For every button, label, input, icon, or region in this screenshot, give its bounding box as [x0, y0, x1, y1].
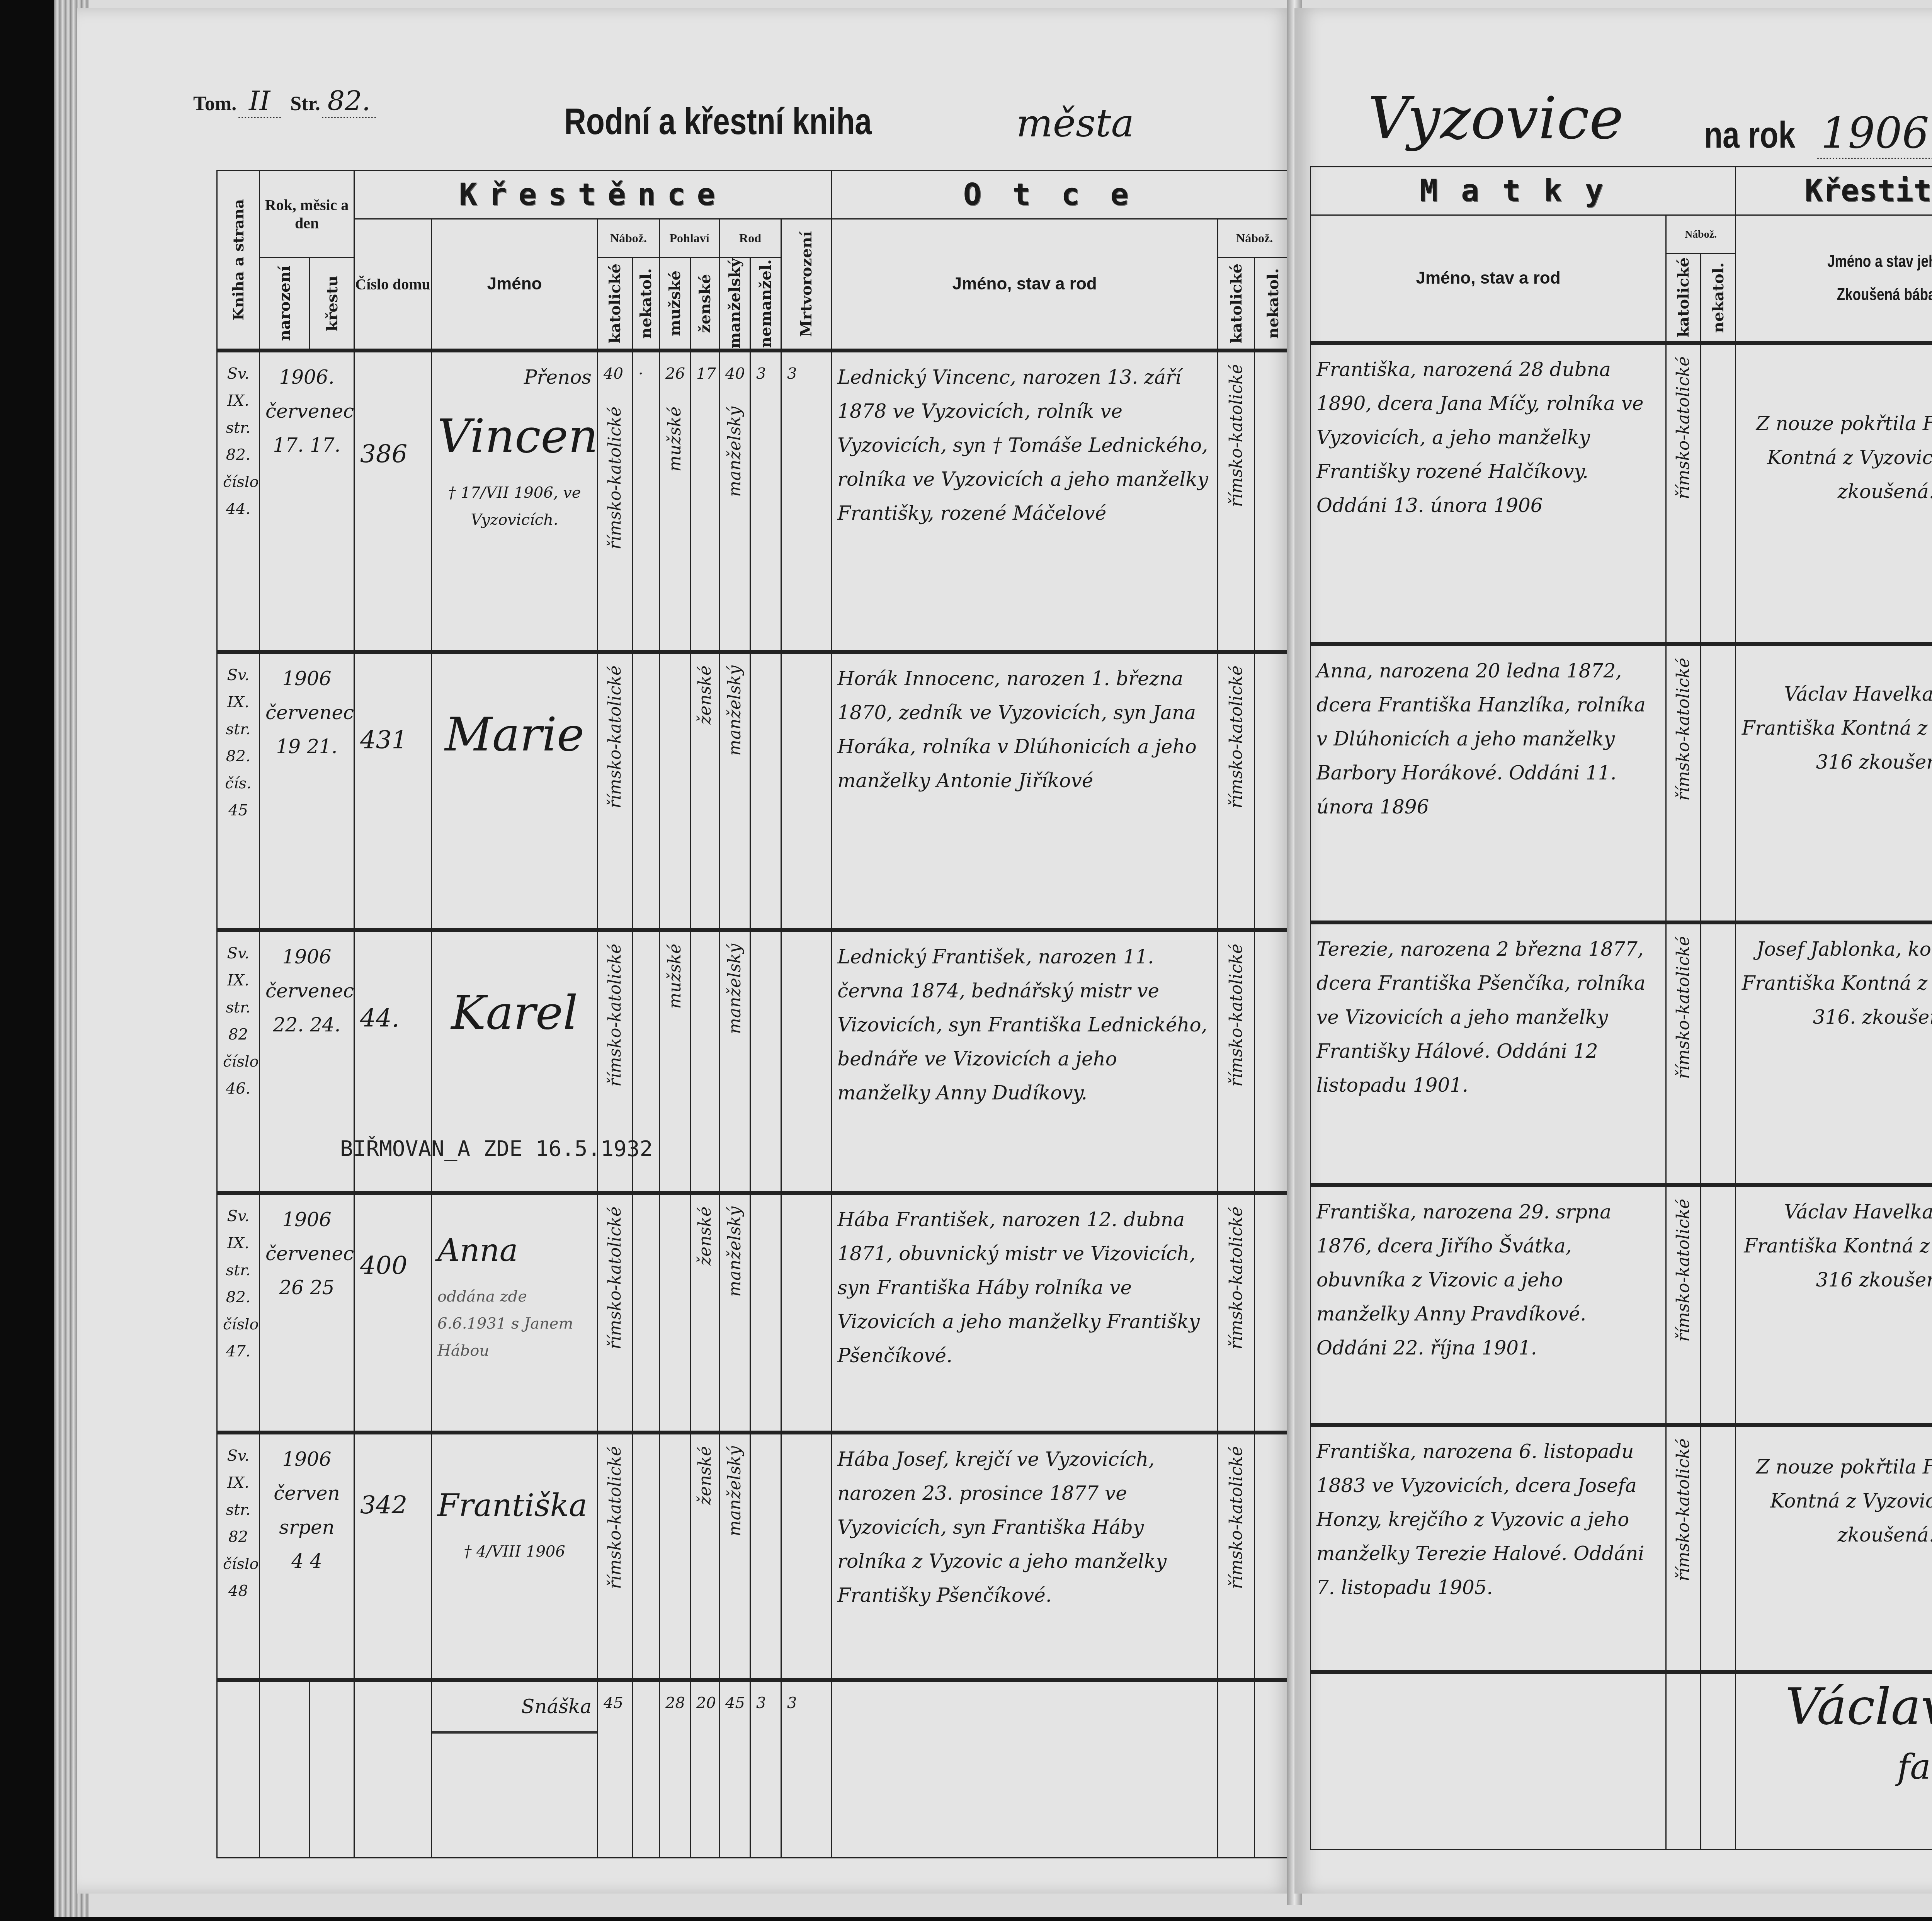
- register-title: Rodní a křestní kniha: [564, 100, 872, 143]
- group-krestitel: Křestitel: [1736, 167, 1932, 215]
- baptizer-text: Václav Havelka farář Františka Kontná z …: [1736, 669, 1932, 787]
- father-text: Lednický Vincenc, narozen 13. září 1878 …: [832, 352, 1217, 538]
- father-text: Hába Josef, krejčí ve Vyzovicích, naroze…: [832, 1434, 1217, 1620]
- col-mrtvorozeni: Mrtvorození: [781, 219, 832, 351]
- town-type: města: [1016, 100, 1134, 146]
- col-pohlavi: Pohlaví: [660, 219, 719, 258]
- left-page: Tom. II Str. 82. Rodní a křestní kniha m…: [77, 8, 1294, 1894]
- mother-text: Františka, narozena 6. listopadu 1883 ve…: [1311, 1427, 1665, 1612]
- volume-value: II: [238, 85, 281, 118]
- table-row: Františka, narozena 29. srpna 1876, dcer…: [1311, 1185, 1932, 1425]
- child-name: Marie: [432, 700, 597, 770]
- group-matky: Matky: [1311, 167, 1736, 215]
- col-otce-jmeno: Jméno, stav a rod: [832, 219, 1218, 351]
- priest-signature: Václav Havelka: [1785, 1677, 1932, 1736]
- col-muzske: mužské: [660, 258, 690, 351]
- col-otce-nekatol: nekatol.: [1255, 258, 1291, 351]
- mother-text: Františka, narozena 29. srpna 1876, dcer…: [1311, 1187, 1665, 1373]
- baptizer-text: Václav Havelka farář Františka Kontná z …: [1736, 1187, 1932, 1305]
- father-text: Hába František, narozen 12. dubna 1871, …: [832, 1195, 1217, 1380]
- summary-label: Snáška: [432, 1682, 597, 1734]
- child-name: Karel: [432, 978, 597, 1048]
- father-text: Horák Innocenc, narozen 1. března 1870, …: [832, 654, 1217, 805]
- col-nekatol: nekatol.: [633, 258, 660, 351]
- col-rok-mesic-den: Rok, měsic a den: [260, 171, 354, 258]
- town-name: Vyzovice: [1368, 85, 1624, 152]
- father-text: Lednický František, narozen 11. června 1…: [832, 932, 1217, 1118]
- volume-label: Tom. II Str. 82.: [193, 85, 376, 118]
- page-number: 82.: [322, 85, 376, 118]
- col-otce-naboz: Nábož.: [1218, 219, 1291, 258]
- col-jmeno: Jméno: [432, 219, 598, 351]
- col-naboz: Nábož.: [598, 219, 660, 258]
- col-krestitel-jmeno: Jméno a stav jeho Zkoušená bába: [1736, 215, 1932, 343]
- col-matky-jmeno: Jméno, stav a rod: [1311, 215, 1666, 343]
- right-register-table: Matky Křestitel Kmotrův Jméno, stav a ro…: [1310, 166, 1932, 1850]
- table-row: Sv. IX. str. 82. čís. 45 1906 červenec 1…: [217, 652, 1291, 930]
- col-rod: Rod: [719, 219, 781, 258]
- child-name: Vincenc: [432, 402, 597, 471]
- priest-title: farář: [1897, 1747, 1932, 1787]
- ledger-book: Tom. II Str. 82. Rodní a křestní kniha m…: [54, 0, 1932, 1917]
- table-row: Sv. IX. str. 82. číslo 47. 1906 červenec…: [217, 1193, 1291, 1433]
- group-krestence: Křestěnce: [354, 171, 832, 219]
- table-row: Anna, narozena 20 ledna 1872, dcera Fran…: [1311, 644, 1932, 922]
- col-narozeni: narození: [260, 258, 310, 351]
- summary-row: Snáška 45 28 20 45 3 3: [217, 1680, 1291, 1858]
- baptizer-text: Z nouze pokřtila Františka Kontná z Vyzo…: [1736, 1442, 1932, 1560]
- col-cislo-domu: Číslo domu: [354, 219, 432, 351]
- mother-text: Františka, narozená 28 dubna 1890, dcera…: [1311, 345, 1665, 530]
- col-matky-nekatol: nekatol.: [1701, 254, 1736, 343]
- table-row: Terezie, narozena 2 března 1877, dcera F…: [1311, 922, 1932, 1185]
- mother-text: Terezie, narozena 2 března 1877, dcera F…: [1311, 924, 1665, 1110]
- table-row: Františka, narozena 6. listopadu 1883 ve…: [1311, 1425, 1932, 1672]
- table-row: Františka, narozená 28 dubna 1890, dcera…: [1311, 343, 1932, 644]
- year-value: 1906: [1817, 108, 1932, 159]
- col-nemanzel: nemanžel.: [750, 258, 781, 351]
- col-katolicke: katolické: [598, 258, 633, 351]
- mother-text: Anna, narozena 20 ledna 1872, dcera Fran…: [1311, 646, 1665, 832]
- baptizer-text: Z nouze pokřtila Františka Kontná z Vyzo…: [1736, 399, 1932, 516]
- col-kniha-strana: Kniha a strana: [217, 171, 260, 351]
- col-otce-katolicke: katolické: [1218, 258, 1255, 351]
- year-label: na rok 1906: [1704, 108, 1932, 159]
- right-page: Vyzovice na rok 1906 Matky Křestitel Kmo…: [1294, 8, 1932, 1894]
- col-matky-katolicke: katolické: [1666, 254, 1701, 343]
- group-otce: Otce: [832, 171, 1291, 219]
- col-matky-naboz: Nábož.: [1666, 215, 1736, 254]
- col-krestu: křestu: [310, 258, 354, 351]
- confirmation-stamp: BIŘMOVAN_A ZDE 16.5.1932: [340, 1136, 653, 1161]
- left-register-table: Kniha a strana Rok, měsic a den Křestěnc…: [216, 170, 1292, 1858]
- table-row: Sv. IX. str. 82 číslo 48 1906 červen srp…: [217, 1433, 1291, 1680]
- baptizer-text: Josef Jablonka, kooperator Františka Kon…: [1736, 924, 1932, 1042]
- col-zenske: ženské: [690, 258, 719, 351]
- child-name: Františka: [432, 1481, 597, 1530]
- table-row: Sv. IX. str. 82. číslo 44. 1906. červene…: [217, 351, 1291, 652]
- col-manzelsky: manželský: [719, 258, 750, 351]
- child-name: Anna: [432, 1226, 597, 1275]
